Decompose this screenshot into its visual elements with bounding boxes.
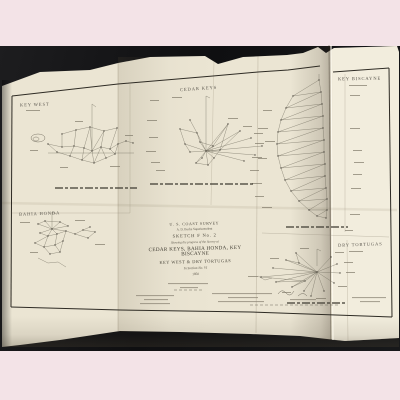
- cedar_keys-station-point: [195, 162, 196, 163]
- key_biscayne-station-point: [324, 175, 325, 176]
- key_biscayne-station-point: [322, 127, 323, 128]
- bahia_honda-station-point: [67, 225, 68, 226]
- imprint-text-mark: [144, 299, 168, 300]
- key_west-station-point: [56, 151, 57, 152]
- key_west-station-point: [132, 142, 133, 143]
- bahia_honda-station-point: [62, 240, 63, 241]
- key_biscayne-station-label-mark: [349, 85, 367, 86]
- cedar_keys-station-point: [212, 145, 213, 146]
- key_west-station-label-mark: [26, 110, 40, 111]
- cedar_keys-station-label-mark: [156, 170, 165, 171]
- map-sheet: [0, 0, 400, 400]
- key_west-station-label-mark: [110, 166, 120, 167]
- bahia_honda-station-point: [54, 244, 55, 245]
- cedar_keys-station-label-mark: [149, 137, 158, 138]
- key_biscayne-station-point: [325, 187, 326, 188]
- panel-title-key-west: KEY WEST: [20, 101, 50, 107]
- dry_tortugas-station-point: [285, 259, 286, 260]
- panel-title-key-biscayne: KEY BISCAYNE: [338, 76, 381, 82]
- key_biscayne-station-label-mark: [252, 183, 262, 184]
- cedar_keys-station-point: [213, 157, 214, 158]
- dry_tortugas-station-point: [336, 263, 337, 264]
- bahia_honda-station-label-mark: [20, 222, 30, 223]
- bahia_honda-station-point: [43, 246, 44, 247]
- key_biscayne-station-label-mark: [354, 162, 364, 163]
- bahia_honda-station-point: [94, 231, 95, 232]
- bahia_honda-station-point: [51, 228, 52, 229]
- key_west-station-point: [61, 146, 62, 147]
- cedar_keys-station-point: [201, 157, 202, 158]
- dry_tortugas-station-point: [303, 290, 304, 291]
- bahia_honda-station-point: [59, 221, 60, 222]
- key_biscayne-station-label-mark: [255, 196, 264, 197]
- key_biscayne-station-point: [326, 209, 327, 210]
- fold-shade-middle: [118, 57, 213, 332]
- bahia_honda-station-point: [65, 230, 66, 231]
- bahia_honda-station-point: [44, 220, 45, 221]
- key_biscayne-station-point: [277, 155, 278, 156]
- dry_tortugas-station-point: [275, 281, 276, 282]
- imprint-text-mark: [180, 287, 198, 288]
- key_west-station-point: [83, 147, 84, 148]
- key_biscayne-station-label-mark: [351, 188, 361, 189]
- bahia_honda-station-point: [34, 242, 35, 243]
- imprint-text-mark: [290, 299, 316, 300]
- key_west-station-label-mark: [30, 150, 38, 151]
- bahia_honda-station-point: [59, 251, 60, 252]
- bahia_honda-station-point: [74, 233, 75, 234]
- bahia_honda-station-point: [37, 223, 38, 224]
- bahia_honda-station-label-mark: [95, 244, 105, 245]
- dry_tortugas-station-label-mark: [335, 252, 344, 253]
- dry_tortugas-station-label-mark: [338, 286, 347, 287]
- key_biscayne-station-label-mark: [262, 207, 272, 208]
- key_biscayne-station-point: [318, 79, 319, 80]
- dry_tortugas-station-point: [260, 276, 261, 277]
- dry_tortugas-station-point: [295, 252, 296, 253]
- key_biscayne-station-point: [308, 209, 309, 210]
- bahia_honda-station-label-mark: [30, 252, 38, 253]
- key_west-station-label-mark: [75, 121, 83, 122]
- dry_tortugas-station-point: [304, 280, 305, 281]
- key_west-station-point: [69, 155, 70, 156]
- bahia_honda-station-point: [82, 229, 83, 230]
- cedar_keys-station-point: [254, 154, 255, 155]
- dry_tortugas-station-point: [323, 290, 324, 291]
- key_biscayne-station-point: [280, 167, 281, 168]
- dry_tortugas-station-label-mark: [282, 292, 291, 293]
- key_biscayne-station-point: [322, 115, 323, 116]
- key_biscayne-station-label-mark: [250, 170, 259, 171]
- cedar_keys-station-point: [196, 132, 197, 133]
- key_biscayne-station-label-mark: [258, 128, 268, 129]
- imprint-text-mark: [360, 301, 380, 302]
- bahia_honda-station-point: [56, 233, 57, 234]
- key_west-station-point: [91, 150, 92, 151]
- bahia_honda-station-point: [89, 226, 90, 227]
- key_west-station-point: [47, 143, 48, 144]
- title-sketch-number: SKETCH F No. 2: [135, 232, 255, 240]
- dry_tortugas-station-label-mark: [349, 251, 363, 252]
- cedar_keys-station-point: [219, 149, 220, 150]
- imprint-text-mark: [140, 303, 170, 304]
- paper-left-edge-shadow: [2, 80, 12, 347]
- imprint-text-mark: [136, 295, 174, 296]
- dry_tortugas-station-point: [339, 272, 340, 273]
- imprint-text-mark: [352, 297, 386, 298]
- cedar_keys-station-point: [261, 145, 262, 146]
- chart-title-block: U. S. COAST SURVEY A. D. Bache Superinte…: [134, 220, 255, 277]
- cedar_keys-station-point: [207, 164, 208, 165]
- key_biscayne-station-point: [321, 103, 322, 104]
- cedar_keys-station-point: [243, 160, 244, 161]
- dry_tortugas-station-label-mark: [300, 248, 309, 249]
- photo-of-folded-map: KEY WEST BAHIA HONDA CEDAR KEYS KEY BISC…: [0, 0, 400, 400]
- key_biscayne-station-point: [316, 215, 317, 216]
- cedar_keys-station-label-mark: [147, 120, 157, 121]
- cedar_keys-station-point: [199, 141, 200, 142]
- bahia_honda-station-point: [47, 235, 48, 236]
- cedar_keys-station-point: [205, 150, 206, 151]
- key_biscayne-station-point: [324, 163, 325, 164]
- key_west-station-point: [105, 157, 106, 158]
- cedar_keys-station-label-mark: [146, 151, 156, 152]
- key_west-station-point: [100, 146, 101, 147]
- key_biscayne-station-point: [284, 179, 285, 180]
- cedar_keys-station-label-mark: [228, 118, 238, 119]
- key_biscayne-station-label-mark: [345, 230, 353, 231]
- cedar_keys-station-point: [189, 151, 190, 152]
- dry_tortugas-station-point: [316, 271, 317, 272]
- key_west-station-point: [109, 148, 110, 149]
- bahia_honda-station-point: [87, 237, 88, 238]
- cedar_keys-station-label-mark: [150, 100, 159, 101]
- cedar_keys-station-point: [184, 143, 185, 144]
- key_biscayne-station-point: [298, 200, 299, 201]
- cedar_keys-station-label-mark: [254, 133, 263, 134]
- key_biscayne-station-label-mark: [255, 143, 264, 144]
- dry_tortugas-station-point: [310, 295, 311, 296]
- imprint-text-mark: [168, 283, 208, 284]
- cedar_keys-station-label-mark: [258, 158, 267, 159]
- key_biscayne-station-point: [277, 131, 278, 132]
- key_west-station-point: [116, 127, 117, 128]
- key_biscayne-station-point: [292, 95, 293, 96]
- key_west-station-point: [125, 140, 126, 141]
- dry_tortugas-station-point: [333, 282, 334, 283]
- dry_tortugas-station-point: [298, 262, 299, 263]
- key_biscayne-station-point: [285, 107, 286, 108]
- imprint-text-mark: [218, 301, 264, 302]
- dry_tortugas-station-label-mark: [346, 272, 355, 273]
- key_biscayne-station-point: [280, 119, 281, 120]
- key_biscayne-station-point: [320, 91, 321, 92]
- cedar_keys-station-point: [250, 137, 251, 138]
- key_west-station-point: [73, 145, 74, 146]
- cedar_keys-station-label-mark: [172, 97, 182, 98]
- bahia_honda-station-point: [39, 232, 40, 233]
- key_biscayne-station-point: [290, 190, 291, 191]
- cedar_keys-station-label-mark: [151, 162, 160, 163]
- key_west-station-point: [114, 153, 115, 154]
- cedar_keys-station-label-mark: [243, 126, 252, 127]
- cedar_keys-station-point: [189, 119, 190, 120]
- key_biscayne-station-point: [276, 143, 277, 144]
- imprint-text-mark: [228, 297, 258, 298]
- cedar_keys-station-label-mark: [265, 141, 275, 142]
- dry_tortugas-station-label-mark: [248, 276, 258, 277]
- key_west-station-point: [75, 129, 76, 130]
- key_biscayne-station-point: [326, 198, 327, 199]
- key_west-station-point: [93, 162, 94, 163]
- key_biscayne-station-label-mark: [252, 157, 262, 158]
- key_west-station-point: [61, 133, 62, 134]
- title-main: CEDAR KEYS, BAHIA HONDA, KEY BISCAYNE: [135, 245, 255, 259]
- key_west-station-label-mark: [60, 167, 68, 168]
- key_west-station-point: [117, 143, 118, 144]
- key_biscayne-station-label-mark: [353, 150, 362, 151]
- key_biscayne-station-point: [325, 217, 326, 218]
- key_biscayne-station-point: [323, 139, 324, 140]
- key_west-station-point: [81, 159, 82, 160]
- cedar_keys-station-point: [179, 128, 180, 129]
- cedar_keys-station-point: [227, 123, 228, 124]
- cedar_keys-station-point: [239, 130, 240, 131]
- dry_tortugas-station-label-mark: [316, 298, 326, 299]
- key_west-station-point: [89, 126, 90, 127]
- bahia_honda-station-point: [49, 253, 50, 254]
- key_west-station-label-mark: [125, 135, 133, 136]
- key_west-station-point: [103, 130, 104, 131]
- key_biscayne-station-label-mark: [350, 214, 360, 215]
- key_biscayne-station-point: [323, 151, 324, 152]
- key_biscayne-station-label-mark: [353, 174, 362, 175]
- key_biscayne-station-label-mark: [350, 128, 360, 129]
- dry_tortugas-station-point: [330, 256, 331, 257]
- bottom-margin-shade: [2, 316, 399, 347]
- imprint-text-mark: [212, 293, 272, 294]
- dry_tortugas-station-point: [272, 267, 273, 268]
- dry_tortugas-station-label-mark: [344, 262, 353, 263]
- dry_tortugas-station-point: [291, 286, 292, 287]
- bahia_honda-station-label-mark: [75, 220, 85, 221]
- key_biscayne-station-label-mark: [263, 110, 272, 111]
- dry_tortugas-station-label-mark: [270, 258, 279, 259]
- key_biscayne-station-label-mark: [350, 95, 360, 96]
